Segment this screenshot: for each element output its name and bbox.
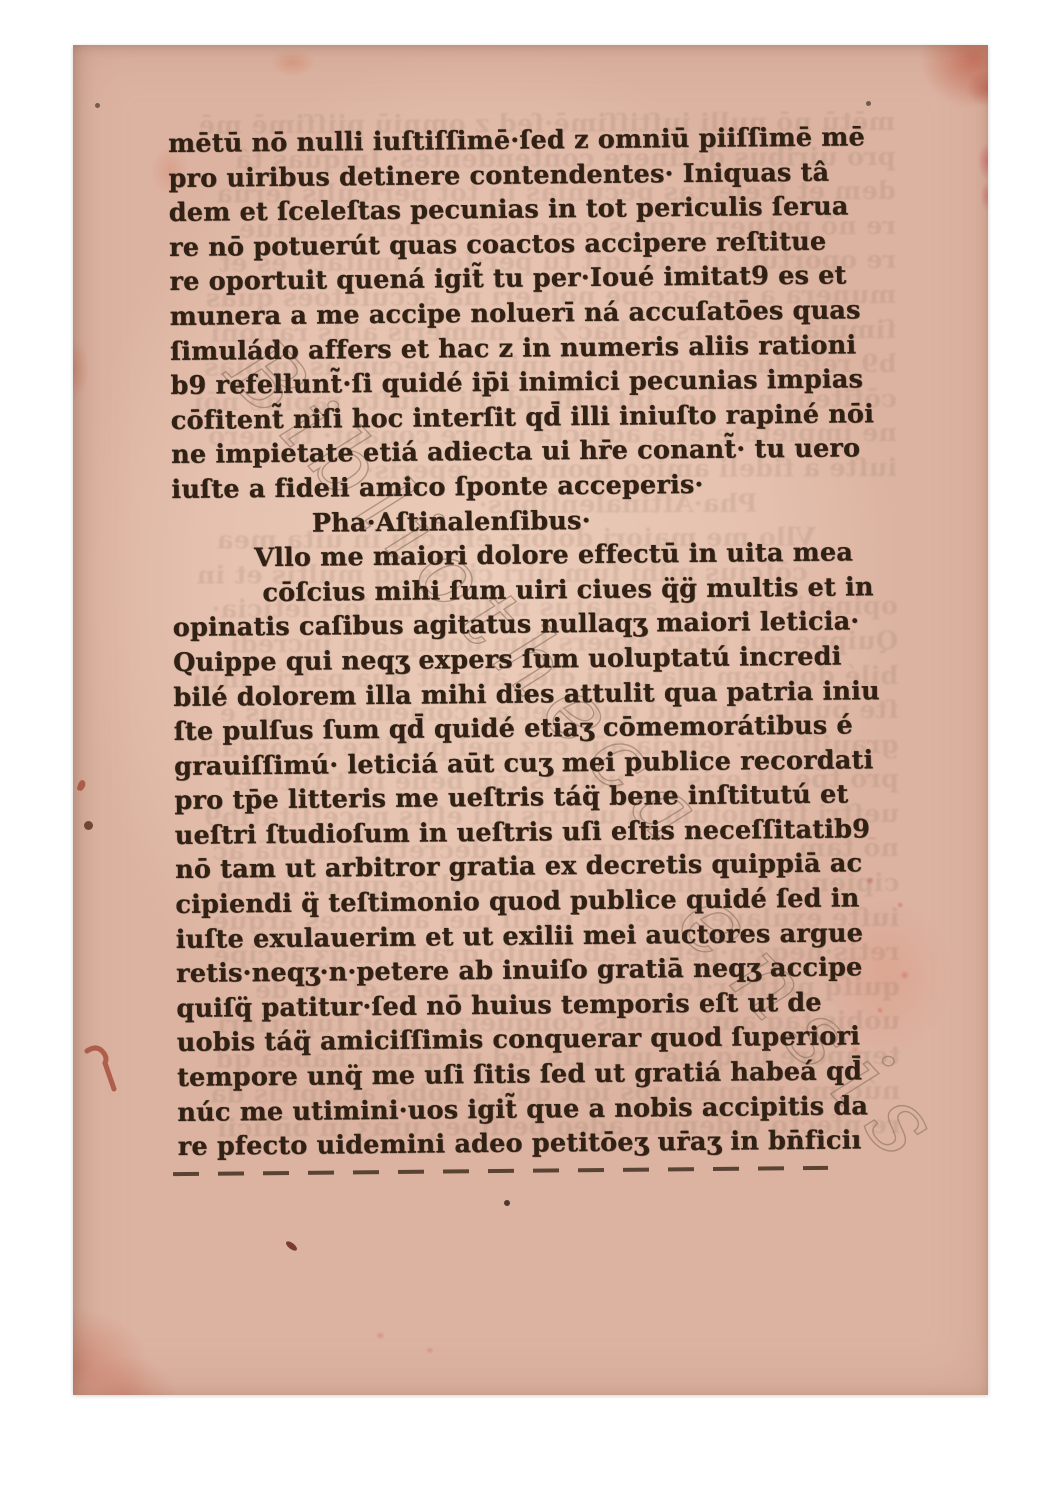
paper-speck-left xyxy=(95,103,100,108)
red-ink-comma xyxy=(76,779,86,792)
brown-ink-dot xyxy=(84,821,93,830)
underline-dashes xyxy=(173,1166,828,1176)
text-line: ne impietate etiá adiecta ui hr̄e conant… xyxy=(171,432,876,473)
text-line: re pfecto uidemini adeo petitōeʒ ur̄aʒ i… xyxy=(178,1123,883,1164)
paper-sheet: mētū nō nulli iuſtiſſimē·ſed z omniū pii… xyxy=(73,45,988,1395)
text-layer: mētū nō nulli iuſtiſſimē·ſed z omniū pii… xyxy=(168,120,883,1165)
ink-dot xyxy=(504,1200,510,1206)
paper-speck-right xyxy=(866,101,871,106)
ink-speck xyxy=(285,1240,299,1253)
red-ink-squiggle xyxy=(83,1043,125,1099)
